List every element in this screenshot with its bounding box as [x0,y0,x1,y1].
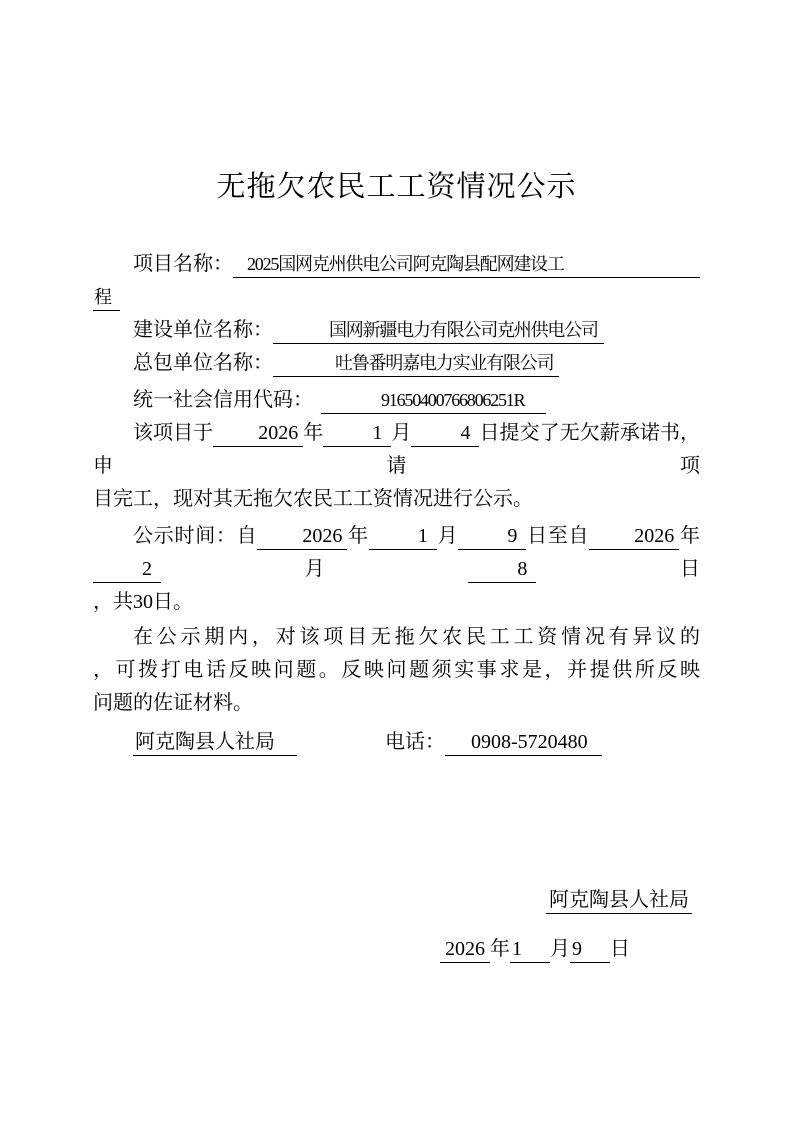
objection-line1: 在公示期内，对该项目无拖欠农民工工资情况有异议的 [93,621,700,654]
notice-title: 无拖欠农民工工资情况公示 [93,170,700,204]
submission-day: 4 [411,420,479,447]
period-from-year-unit: 年 [347,525,368,547]
credit-code-value: 91650400766806251R [321,387,546,414]
phone-label: 电话： [385,726,445,759]
project-name-value: 2025国网克州供电公司阿克陶县配网建设工 [233,251,700,278]
submission-month-unit: 月 [391,422,411,444]
general-contractor-label: 总包单位名称： [133,352,273,374]
signature-agency: 阿克陶县人社局 [546,887,692,914]
period-mid: 日至自 [526,525,589,547]
period-tail: 日 [536,558,700,580]
publicity-period-line1: 公示时间：自2026年1月9日至自2026年2月8日 [93,520,700,586]
period-to-month: 2 [93,556,161,583]
document-content: 无拖欠农民工工资情况公示 项目名称：2025国网克州供电公司阿克陶县配网建设工 … [93,0,700,966]
submission-year-unit: 年 [303,422,323,444]
construction-unit-label: 建设单位名称： [133,319,273,341]
credit-code-label: 统一社会信用代码： [133,389,313,411]
submission-month: 1 [323,420,391,447]
contact-agency: 阿克陶县人社局 [133,729,297,756]
period-from-month-unit: 月 [437,525,458,547]
construction-unit-value: 国网新疆电力有限公司克州供电公司 [273,317,604,344]
submission-line1: 该项目于2026年1月4日提交了无欠薪承诺书，申请项 [93,417,700,483]
period-from-month: 1 [369,523,437,550]
signature-year: 2026 [440,936,490,963]
project-name-value-wrap: 程 [93,284,120,311]
field-general-contractor: 总包单位名称：吐鲁番明嘉电力实业有限公司 [93,347,700,380]
signature-day-unit: 日 [610,938,630,960]
contact-line: 阿克陶县人社局电话：0908-5720480 [93,726,700,759]
period-to-year: 2026 [589,523,679,550]
publicity-period-line2: ，共30日。 [93,586,700,619]
signature-date-line: 2026年1月9日 [93,933,700,966]
period-from-day: 9 [458,523,526,550]
field-project-name-wrap: 程 [93,281,700,314]
field-project-name: 项目名称：2025国网克州供电公司阿克陶县配网建设工 [93,248,700,281]
submission-prefix: 该项目于 [133,422,213,444]
field-credit-code: 统一社会信用代码：91650400766806251R [93,384,700,417]
objection-line3: 问题的佐证材料。 [93,687,700,720]
signature-day: 9 [570,936,610,963]
submission-year: 2026 [213,420,303,447]
signature-agency-line: 阿克陶县人社局 [93,884,700,917]
period-prefix: 公示时间：自 [133,525,257,547]
document-page: 无拖欠农民工工资情况公示 项目名称：2025国网克州供电公司阿克陶县配网建设工 … [0,0,793,1122]
signature-month: 1 [510,936,550,963]
project-name-label: 项目名称： [133,248,233,281]
general-contractor-value: 吐鲁番明嘉电力实业有限公司 [273,350,559,377]
field-construction-unit: 建设单位名称：国网新疆电力有限公司克州供电公司 [93,314,700,347]
period-to-day: 8 [468,556,536,583]
period-from-year: 2026 [257,523,347,550]
signature-year-unit: 年 [490,938,510,960]
period-to-year-unit: 年 [679,525,700,547]
period-to-month-unit: 月 [161,558,468,580]
submission-line2: 目完工，现对其无拖欠农民工工资情况进行公示。 [93,483,700,516]
phone-value: 0908-5720480 [445,729,602,756]
objection-line2: ，可拨打电话反映问题。反映问题须实事求是，并提供所反映 [93,654,700,687]
signature-month-unit: 月 [550,938,570,960]
